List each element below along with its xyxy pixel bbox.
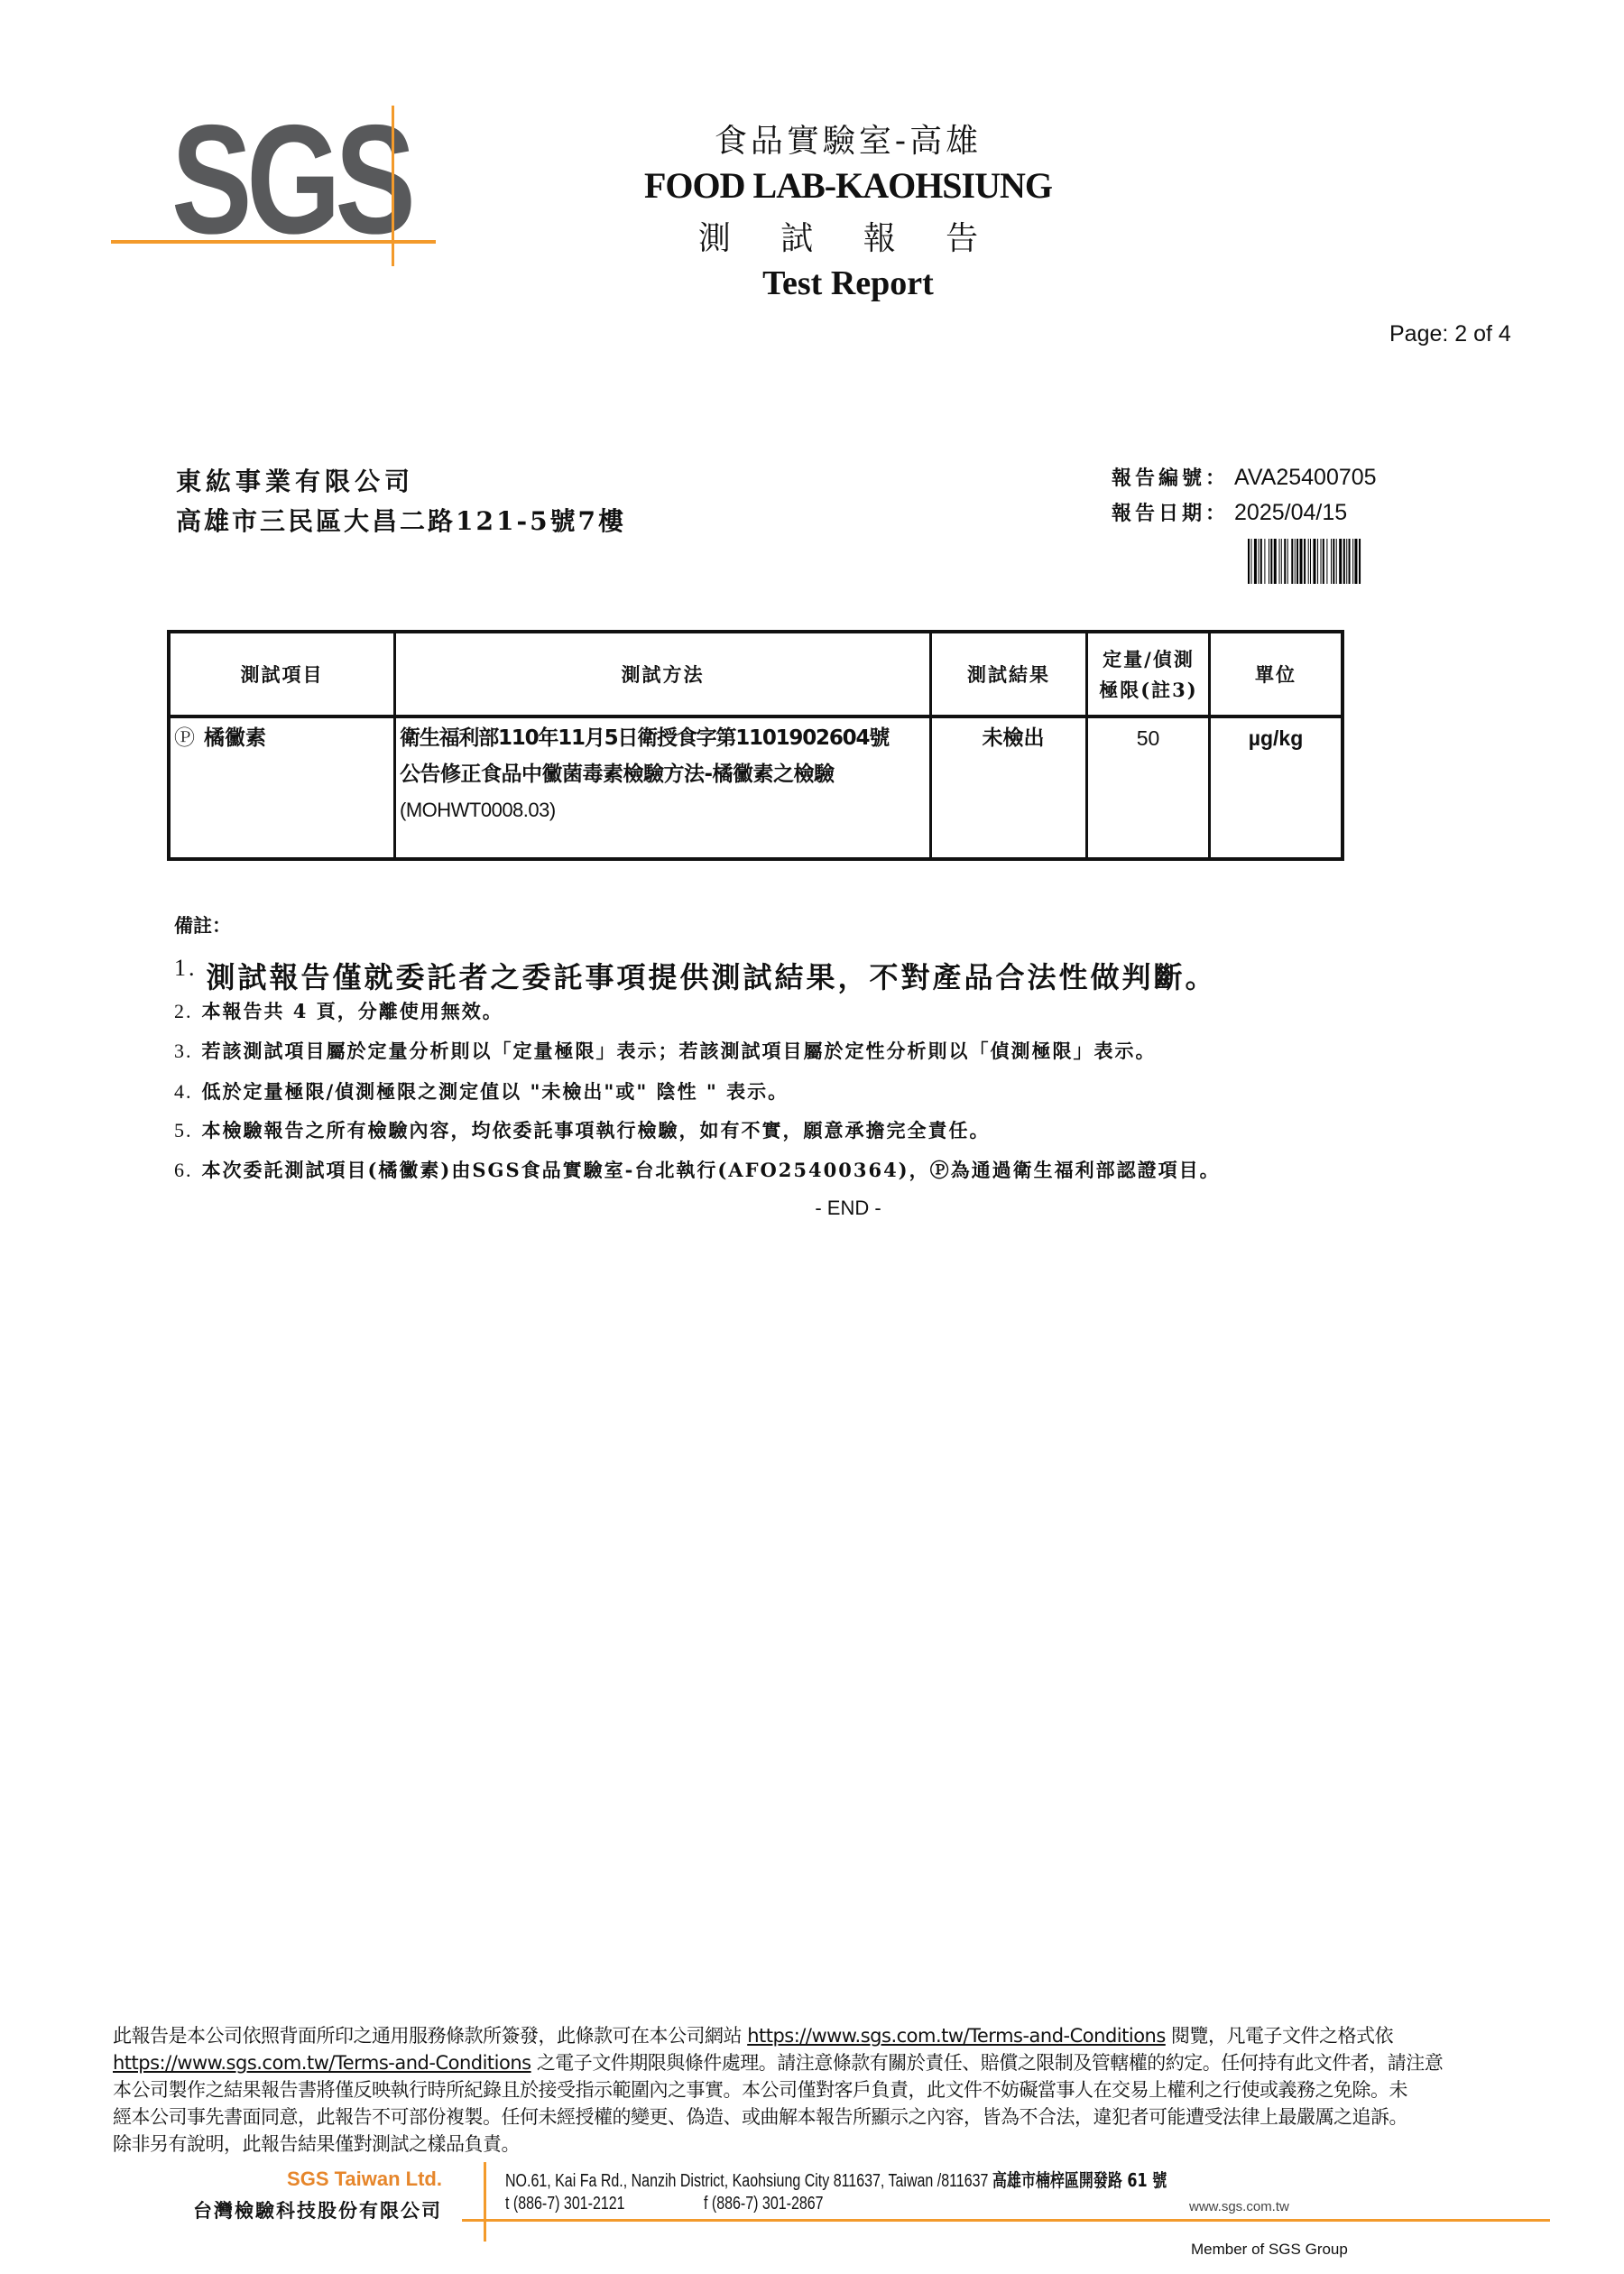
company-address: NO.61, Kai Fa Rd., Nanzih District, Kaoh… [505,2166,1167,2192]
test-result: 未檢出 [932,720,1085,756]
legal-text-line: https://www.sgs.com.tw/Terms-and-Conditi… [113,2048,1556,2075]
legal-text-line: 此報告是本公司依照背面所印之通用服務條款所簽發，此條款可在本公司網站 https… [113,2021,1556,2048]
logo-text: SGS [171,116,347,244]
logo-vertical-rule [392,106,394,266]
terms-link[interactable]: https://www.sgs.com.tw/Terms-and-Conditi… [747,2025,1166,2047]
terms-link[interactable]: https://www.sgs.com.tw/Terms-and-Conditi… [113,2052,531,2074]
barcode [1248,539,1455,584]
company-name-en: SGS Taiwan Ltd. [226,2168,442,2191]
test-item-name: 橘黴素 [204,726,266,750]
note-item: 1.測試報告僅就委託者之委託事項提供測試結果，不對產品合法性做判斷。 [174,955,1217,996]
note-item: 5.本檢驗報告之所有檢驗內容，均依委託事項執行檢驗，如有不實，願意承擔完全責任。 [174,1116,991,1143]
report-title-zh: 測 試 報 告 [541,213,1155,259]
legal-text-line: 本公司製作之結果報告書將僅反映執行時所紀錄且於接受指示範圍內之事實。本公司僅對客… [113,2075,1556,2103]
legal-text: 之電子文件期限與條件處理。請注意條款有關於責任、賠償之限制及管轄權的約定。任何持… [531,2052,1444,2074]
notes-title: 備註： [174,911,231,938]
note-text: 本報告共 4 頁，分離使用無效。 [202,1000,503,1022]
header-test-result: 測試結果 [932,633,1085,716]
method-line-2: 公告修正食品中黴菌毒素檢驗方法-橘黴素之檢驗 [400,756,927,792]
lab-title-en: FOOD LAB-KAOHSIUNG [541,164,1155,207]
page-number: Page: 2 of 4 [1389,321,1511,347]
address-zh: 高雄市楠梓區開發路 61 號 [992,2169,1167,2191]
legal-text-line: 經本公司事先書面同意，此報告不可部份複製。任何未經授權的變更、偽造、或曲解本報告… [113,2103,1556,2130]
detection-limit: 50 [1088,720,1208,756]
report-number-label: 報告編號： [1112,467,1229,490]
legal-text: 閱覽，凡電子文件之格式依 [1166,2025,1393,2047]
note-text: 本次委託測試項目(橘黴素)由SGS食品實驗室-台北執行(AFO25400364)… [202,1159,1221,1181]
note-number: 4. [174,1080,193,1103]
method-code: (MOHWT0008.03) [400,792,927,828]
report-number-row: 報告編號：AVA25400705 [1112,463,1377,491]
note-item: 4.低於定量極限/偵測極限之測定值以 "未檢出"或" 陰性 " 表示。 [174,1077,789,1105]
note-item: 3.若該測試項目屬於定量分析則以「定量極限」表示；若該測試項目屬於定性分析則以「… [174,1037,1157,1064]
note-item: 6.本次委託測試項目(橘黴素)由SGS食品實驗室-台北執行(AFO2540036… [174,1156,1221,1183]
website-link[interactable]: www.sgs.com.tw [1189,2199,1289,2214]
method-line-1: 衛生福利部110年11月5日衛授食字第1101902604號 [400,720,927,756]
header-limit: 定量/偵測極限(註3) [1091,633,1206,716]
report-date-row: 報告日期：2025/04/15 [1112,498,1347,526]
lab-title-zh: 食品實驗室-高雄 [541,116,1155,162]
report-date: 2025/04/15 [1234,500,1347,525]
client-address: 高雄市三民區大昌二路121-5號7樓 [176,502,626,538]
unit: µg/kg [1211,720,1341,756]
phone-number: t (886-7) 301-2121 [505,2194,625,2214]
end-mark: - END - [758,1197,938,1220]
note-text: 若該測試項目屬於定量分析則以「定量極限」表示；若該測試項目屬於定性分析則以「偵測… [202,1040,1157,1062]
note-number: 5. [174,1119,193,1142]
certified-mark-icon: Ⓟ [174,726,195,750]
report-title-en: Test Report [541,263,1155,303]
table-row-method: 衛生福利部110年11月5日衛授食字第1101902604號 公告修正食品中黴菌… [400,720,927,828]
member-of-sgs-group: Member of SGS Group [1191,2241,1348,2259]
sgs-logo: SGS [0,0,469,289]
address-en: NO.61, Kai Fa Rd., Nanzih District, Kaoh… [505,2171,992,2191]
note-number: 1. [174,955,198,981]
legal-text: 此報告是本公司依照背面所印之通用服務條款所簽發，此條款可在本公司網站 [113,2025,747,2047]
header-unit: 單位 [1211,633,1341,716]
result-table: 測試項目 測試方法 測試結果 定量/偵測極限(註3) 單位 Ⓟ橘黴素 衛生福利部… [167,630,1344,861]
header-test-method: 測試方法 [396,633,929,716]
client-name: 東紘事業有限公司 [176,462,414,498]
report-number: AVA25400705 [1234,465,1377,490]
table-row-item: Ⓟ橘黴素 [174,720,391,756]
footer-horizontal-rule [462,2219,1550,2222]
report-date-label: 報告日期： [1112,502,1229,525]
note-number: 2. [174,1000,193,1022]
note-text: 測試報告僅就委託者之委託事項提供測試結果，不對產品合法性做判斷。 [207,960,1217,994]
note-text: 低於定量極限/偵測極限之測定值以 "未檢出"或" 陰性 " 表示。 [202,1080,789,1103]
company-name-zh: 台灣檢驗科技股份有限公司 [180,2196,442,2223]
legal-text-line: 除非另有說明，此報告結果僅對測試之樣品負責。 [113,2130,1556,2157]
header-test-item: 測試項目 [171,633,393,716]
note-number: 6. [174,1159,193,1181]
footer-vertical-rule [484,2162,486,2242]
logo-horizontal-rule [111,240,436,244]
note-item: 2.本報告共 4 頁，分離使用無效。 [174,997,503,1024]
fax-number: f (886-7) 301-2867 [704,2194,824,2214]
note-number: 3. [174,1040,193,1062]
note-text: 本檢驗報告之所有檢驗內容，均依委託事項執行檢驗，如有不實，願意承擔完全責任。 [202,1119,991,1142]
